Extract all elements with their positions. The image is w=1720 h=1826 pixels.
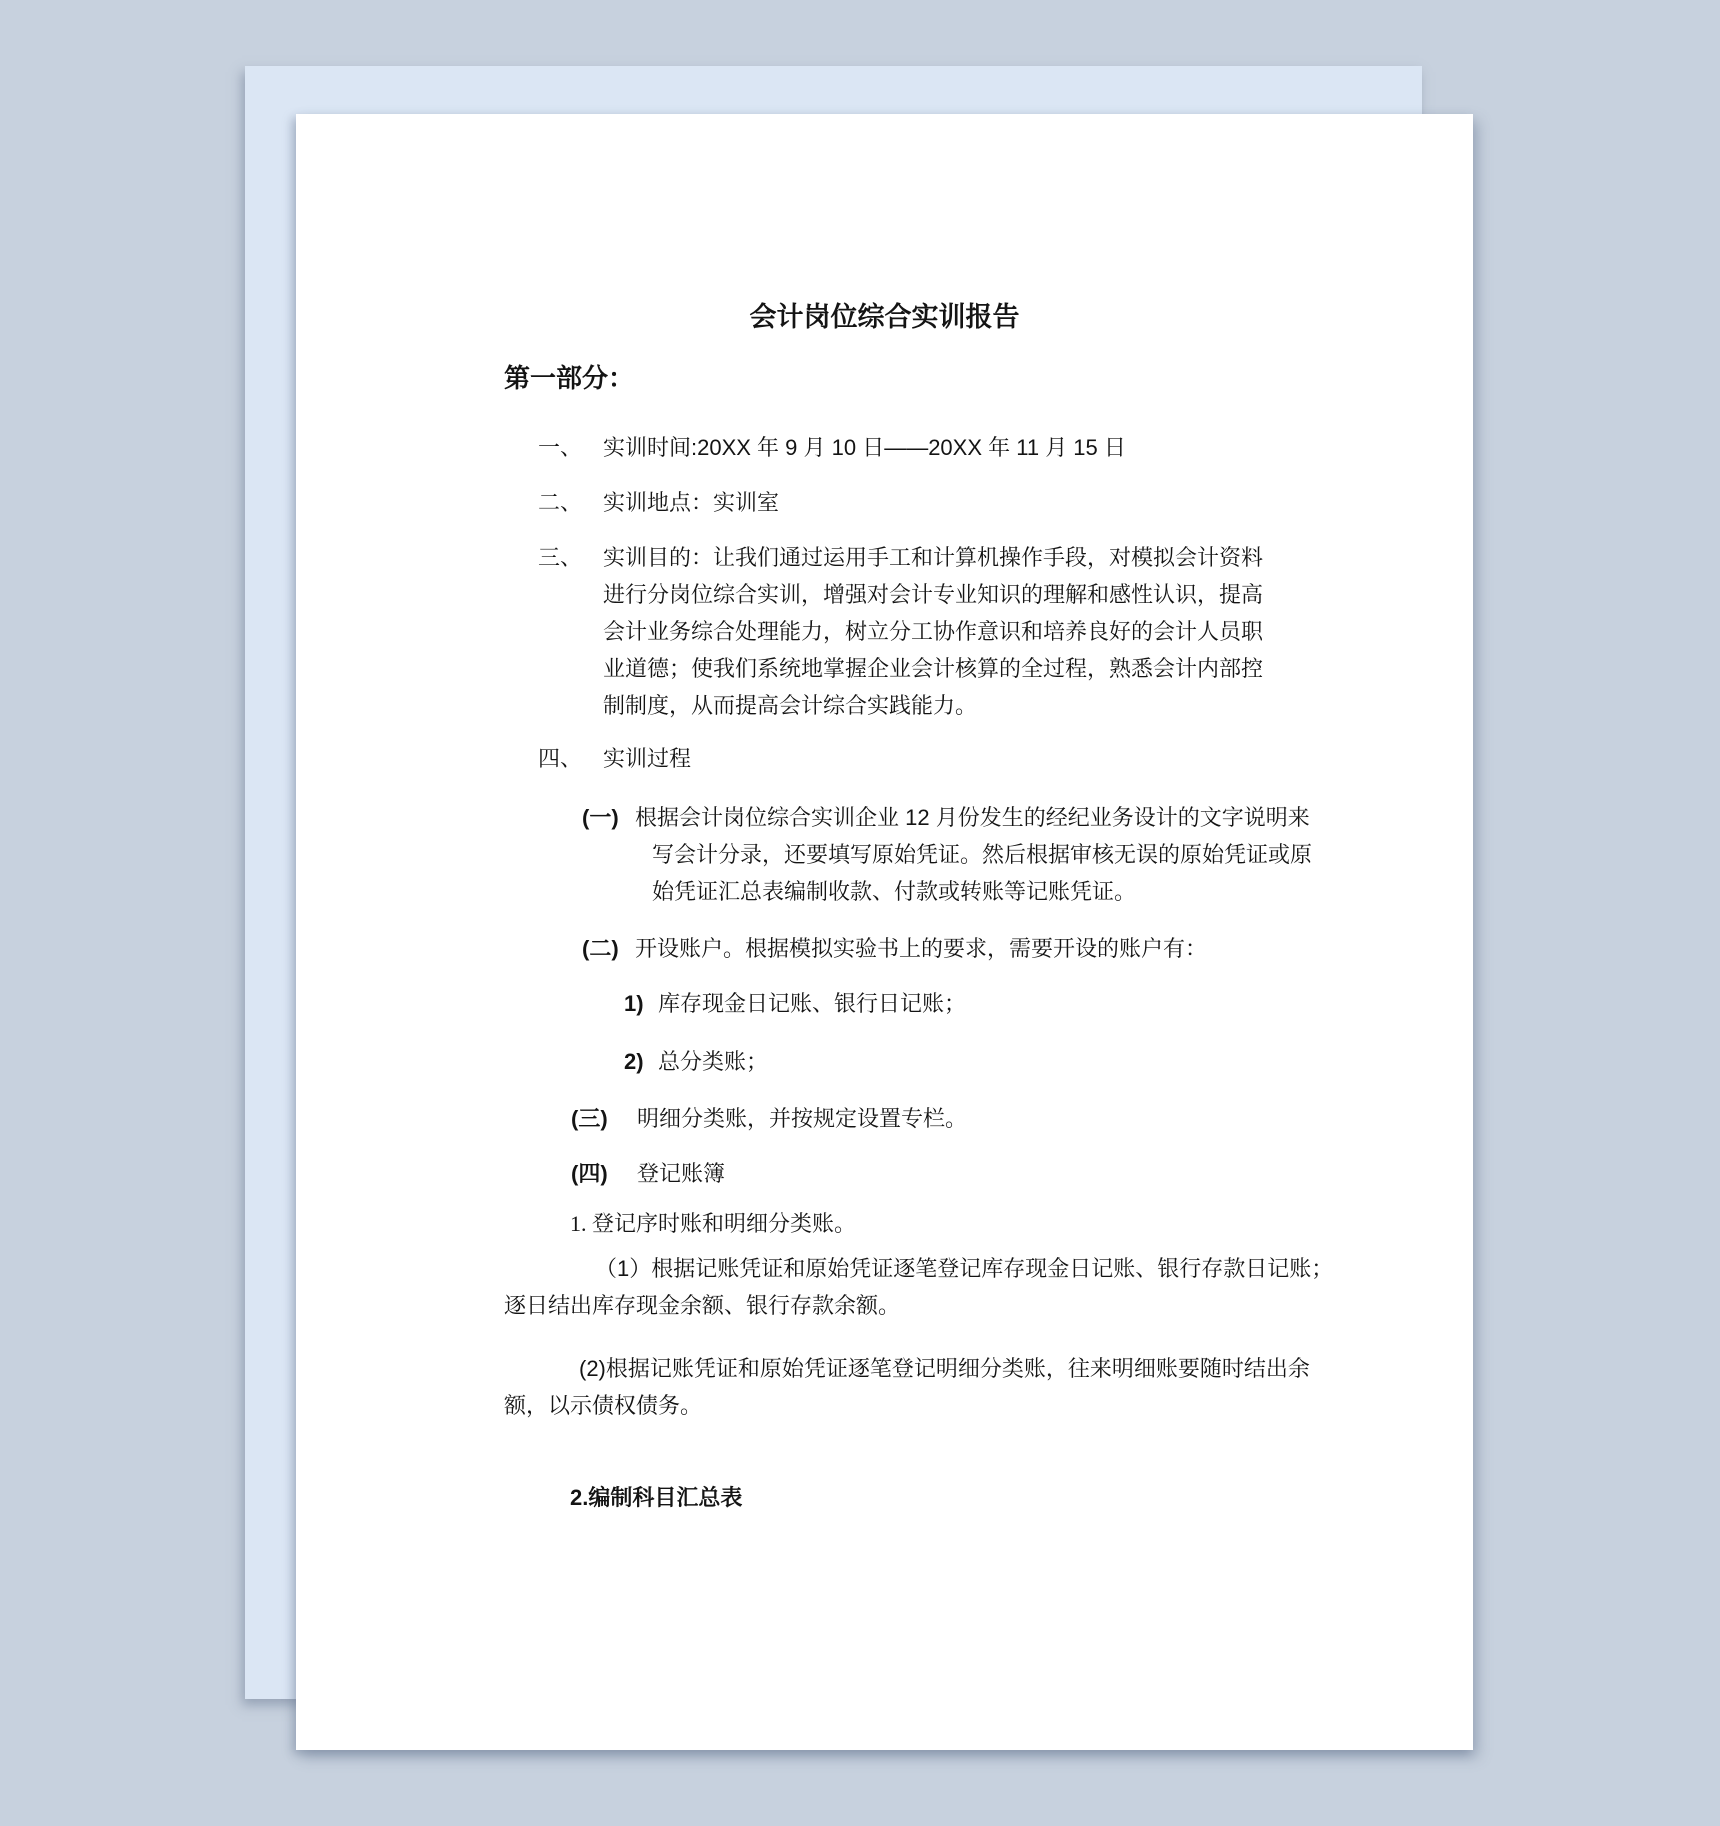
- sub-list-item: (一) 根据会计岗位综合实训企业 12 月份发生的经纪业务设计的文字说明来写会计…: [582, 799, 1337, 910]
- list-item-number: 2): [624, 1043, 658, 1080]
- list-item-number: (三): [571, 1100, 637, 1137]
- list-item-number: 一、: [538, 429, 603, 466]
- list-item: 二、 实训地点：实训室: [538, 484, 1337, 521]
- account-list-item: 1) 库存现金日记账、银行日记账；: [624, 985, 1337, 1022]
- register-step-1: （1）根据记账凭证和原始凭证逐笔登记库存现金日记账、银行存款日记账；逐日结出库存…: [504, 1250, 1337, 1324]
- sub-list-item: (四) 登记账簿: [571, 1155, 1337, 1192]
- sub-list-item: (三) 明细分类账，并按规定设置专栏。: [571, 1100, 1337, 1137]
- document-content: 会计岗位综合实训报告 第一部分： 一、 实训时间:20XX 年 9 月 10 日…: [296, 114, 1473, 1750]
- backdrop: 会计岗位综合实训报告 第一部分： 一、 实训时间:20XX 年 9 月 10 日…: [0, 0, 1720, 1826]
- list-item-text: 实训目的：让我们通过运用手工和计算机操作手段，对模拟会计资料进行分岗位综合实训，…: [603, 539, 1275, 724]
- list-item-number: (一): [582, 799, 635, 910]
- list-item-text: 实训过程: [603, 740, 691, 777]
- list-item-number: (四): [571, 1155, 637, 1192]
- document-page: 会计岗位综合实训报告 第一部分： 一、 实训时间:20XX 年 9 月 10 日…: [296, 114, 1473, 1750]
- list-item-text: 库存现金日记账、银行日记账；: [658, 985, 966, 1022]
- list-item-text: 实训时间:20XX 年 9 月 10 日——20XX 年 11 月 15 日: [603, 429, 1126, 466]
- list-item-text: 明细分类账，并按规定设置专栏。: [637, 1100, 967, 1137]
- list-item-text: 根据会计岗位综合实训企业 12 月份发生的经纪业务设计的文字说明来写会计分录，还…: [635, 799, 1312, 910]
- list-item-number: 三、: [538, 539, 603, 724]
- summary-heading: 2.编制科目汇总表: [570, 1479, 1337, 1516]
- list-item-text: 总分类账；: [658, 1043, 768, 1080]
- list-item-number: 四、: [538, 740, 603, 777]
- list-item: 四、 实训过程: [538, 740, 1337, 777]
- register-heading: 1. 登记序时账和明细分类账。: [570, 1205, 1337, 1242]
- account-list-item: 2) 总分类账；: [624, 1043, 1337, 1080]
- list-item: 三、 实训目的：让我们通过运用手工和计算机操作手段，对模拟会计资料进行分岗位综合…: [538, 539, 1337, 724]
- part-heading: 第一部分：: [504, 360, 1337, 397]
- sub-list-item: (二) 开设账户。根据模拟实验书上的要求，需要开设的账户有：: [582, 930, 1337, 967]
- list-item-number: 二、: [538, 484, 603, 521]
- list-item-text: 实训地点：实训室: [603, 484, 779, 521]
- list-item-number: (二): [582, 930, 635, 967]
- list-item-text: 开设账户。根据模拟实验书上的要求，需要开设的账户有：: [635, 930, 1207, 967]
- list-item-text: 登记账簿: [637, 1155, 725, 1192]
- register-step-2: (2)根据记账凭证和原始凭证逐笔登记明细分类账，往来明细账要随时结出余额，以示债…: [504, 1350, 1337, 1424]
- doc-title: 会计岗位综合实训报告: [296, 300, 1473, 334]
- list-item: 一、 实训时间:20XX 年 9 月 10 日——20XX 年 11 月 15 …: [538, 429, 1337, 466]
- list-item-number: 1): [624, 985, 658, 1022]
